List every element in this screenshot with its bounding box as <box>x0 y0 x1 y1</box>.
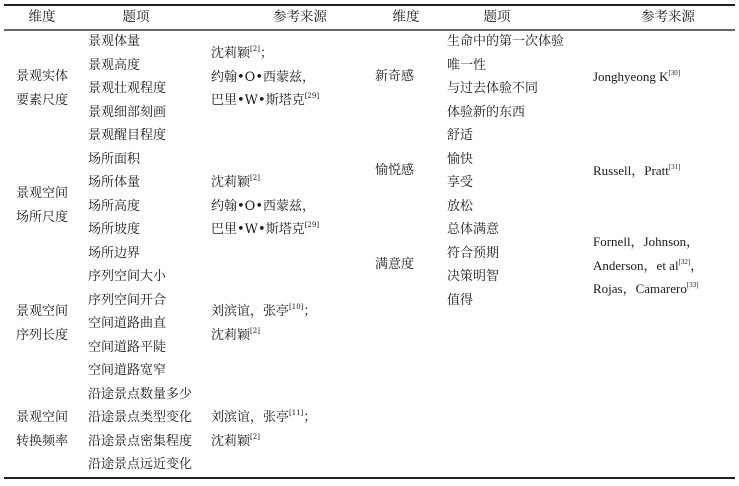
item: 空间道路宽窄 <box>88 359 166 383</box>
citation-ref: [29] <box>305 92 319 100</box>
dimension-line: 新奇感 <box>375 65 414 89</box>
source-text: 沈莉颖 <box>211 46 250 61</box>
item: 景观细部刻画 <box>88 101 166 125</box>
dimension-cell: 愉悦感 <box>375 159 414 183</box>
item: 景观体量 <box>88 30 166 54</box>
item: 空间道路曲直 <box>88 312 166 336</box>
dimension-cell: 满意度 <box>375 253 414 277</box>
item: 舒适 <box>447 124 473 148</box>
source-punct: ； <box>260 46 273 61</box>
citation-ref: [2] <box>250 327 260 335</box>
citation-ref: [10] <box>289 303 303 311</box>
header-item-left: 题项 <box>123 9 150 25</box>
table-bottom-rule <box>4 477 735 479</box>
header-dimension-right: 维度 <box>393 9 420 25</box>
header-dimension-left: 维度 <box>29 9 56 25</box>
source-line: Fornell，Johnson， <box>593 230 703 254</box>
source-line: Russell，Pratt[31] <box>593 159 681 183</box>
item: 放松 <box>447 195 473 219</box>
source-cell: Fornell，Johnson， Anderson，et al[32]， Roj… <box>593 230 703 301</box>
source-text: 巴里•W•斯塔克 <box>211 93 305 108</box>
source-text: Jonghyeong K <box>593 69 668 84</box>
dimension-line: 景观空间 <box>16 406 68 430</box>
dimension-line: 满意度 <box>375 253 414 277</box>
item: 生命中的第一次体验 <box>447 30 564 54</box>
dimension-line: 要素尺度 <box>16 89 68 113</box>
item: 沿途景点远近变化 <box>88 453 192 477</box>
item: 体验新的东西 <box>447 101 564 125</box>
source-line: Anderson，et al[32]， <box>593 254 703 278</box>
dimension-line: 景观空间 <box>16 300 68 324</box>
dimension-cell: 新奇感 <box>375 65 414 89</box>
item-list: 总体满意 符合预期 决策明智 值得 <box>447 218 499 312</box>
citation-ref: [11] <box>289 409 303 417</box>
header-source-right: 参考来源 <box>641 9 695 25</box>
dimension-line: 景观空间 <box>16 182 68 206</box>
citation-ref: [32] <box>679 258 691 266</box>
table-top-rule <box>4 4 735 6</box>
source-text: 巴里•W•斯塔克 <box>211 222 305 237</box>
dimension-cell: 景观空间 序列长度 <box>16 300 68 347</box>
source-line: 约翰•O•西蒙兹， <box>211 195 319 219</box>
source-text: 约翰•O•西蒙兹， <box>211 199 315 214</box>
dimension-line: 愉悦感 <box>375 159 414 183</box>
citation-ref: [31] <box>669 163 681 171</box>
header-source-left: 参考来源 <box>273 9 327 25</box>
citation-ref: [33] <box>687 281 699 289</box>
source-text: Fornell，Johnson， <box>593 234 699 249</box>
source-line: Rojas，Camarero[33] <box>593 277 703 301</box>
item: 序列空间开合 <box>88 289 166 313</box>
citation-ref: [29] <box>305 221 319 229</box>
citation-ref: [2] <box>250 45 260 53</box>
item: 沿途景点数量多少 <box>88 383 192 407</box>
source-line: Jonghyeong K[30] <box>593 65 680 89</box>
source-punct: ； <box>303 304 316 319</box>
source-line: 沈莉颖[2]； <box>211 42 319 66</box>
source-cell: Jonghyeong K[30] <box>593 65 680 89</box>
item-list: 景观体量 景观高度 景观壮观程度 景观细部刻画 景观醒目程度 <box>88 30 166 148</box>
source-line: 刘滨谊，张亭[11]； <box>211 406 316 430</box>
item: 愉快 <box>447 148 473 172</box>
dimension-cell: 景观空间 转换频率 <box>16 406 68 453</box>
item: 决策明智 <box>447 265 499 289</box>
item: 与过去体验不同 <box>447 77 564 101</box>
source-line: 巴里•W•斯塔克[29] <box>211 218 319 242</box>
item: 空间道路平陡 <box>88 336 166 360</box>
item: 场所边界 <box>88 242 140 266</box>
source-text: Rojas，Camarero <box>593 281 687 296</box>
source-punct: ， <box>690 258 703 273</box>
item: 场所体量 <box>88 171 140 195</box>
dimension-line: 序列长度 <box>16 324 68 348</box>
source-cell: 沈莉颖[2] 约翰•O•西蒙兹， 巴里•W•斯塔克[29] <box>211 171 319 242</box>
item: 符合预期 <box>447 242 499 266</box>
item-list: 沿途景点数量多少 沿途景点类型变化 沿途景点密集程度 沿途景点远近变化 <box>88 383 192 477</box>
source-text: Anderson，et al <box>593 258 679 273</box>
item: 景观壮观程度 <box>88 77 166 101</box>
source-cell: Russell，Pratt[31] <box>593 159 681 183</box>
source-line: 巴里•W•斯塔克[29] <box>211 89 319 113</box>
item: 场所面积 <box>88 148 140 172</box>
item: 景观醒目程度 <box>88 124 166 148</box>
item-list: 生命中的第一次体验 唯一性 与过去体验不同 体验新的东西 <box>447 30 564 124</box>
source-punct: ； <box>303 410 316 425</box>
source-cell: 刘滨谊，张亭[10]； 沈莉颖[2] <box>211 300 316 347</box>
dimension-line: 转换频率 <box>16 430 68 454</box>
dimension-line: 景观实体 <box>16 65 68 89</box>
item-list: 场所面积 场所体量 场所高度 场所坡度 场所边界 <box>88 148 140 266</box>
dimension-cell: 景观实体 要素尺度 <box>16 65 68 112</box>
source-line: 沈莉颖[2] <box>211 430 316 454</box>
item: 沿途景点密集程度 <box>88 430 192 454</box>
source-line: 沈莉颖[2] <box>211 324 316 348</box>
item: 序列空间大小 <box>88 265 166 289</box>
item: 沿途景点类型变化 <box>88 406 192 430</box>
dimension-cell: 景观空间 场所尺度 <box>16 182 68 229</box>
source-line: 约翰•O•西蒙兹， <box>211 66 319 90</box>
item: 值得 <box>447 289 499 313</box>
item-list: 舒适 愉快 享受 放松 <box>447 124 473 218</box>
source-text: 约翰•O•西蒙兹， <box>211 70 315 85</box>
dimension-line: 场所尺度 <box>16 206 68 230</box>
item: 总体满意 <box>447 218 499 242</box>
item: 场所坡度 <box>88 218 140 242</box>
header-item-right: 题项 <box>484 9 511 25</box>
source-line: 沈莉颖[2] <box>211 171 319 195</box>
citation-ref: [2] <box>250 433 260 441</box>
citation-ref: [30] <box>668 69 680 77</box>
item: 享受 <box>447 171 473 195</box>
source-text: 刘滨谊，张亭 <box>211 304 289 319</box>
item: 景观高度 <box>88 54 166 78</box>
item: 唯一性 <box>447 54 564 78</box>
source-line: 刘滨谊，张亭[10]； <box>211 300 316 324</box>
source-text: 沈莉颖 <box>211 328 250 343</box>
source-text: Russell，Pratt <box>593 163 669 178</box>
item: 场所高度 <box>88 195 140 219</box>
source-text: 刘滨谊，张亭 <box>211 410 289 425</box>
item-list: 序列空间大小 序列空间开合 空间道路曲直 空间道路平陡 空间道路宽窄 <box>88 265 166 383</box>
citation-ref: [2] <box>250 174 260 182</box>
source-text: 沈莉颖 <box>211 175 250 190</box>
source-cell: 刘滨谊，张亭[11]； 沈莉颖[2] <box>211 406 316 453</box>
source-text: 沈莉颖 <box>211 434 250 449</box>
source-cell: 沈莉颖[2]； 约翰•O•西蒙兹， 巴里•W•斯塔克[29] <box>211 42 319 113</box>
